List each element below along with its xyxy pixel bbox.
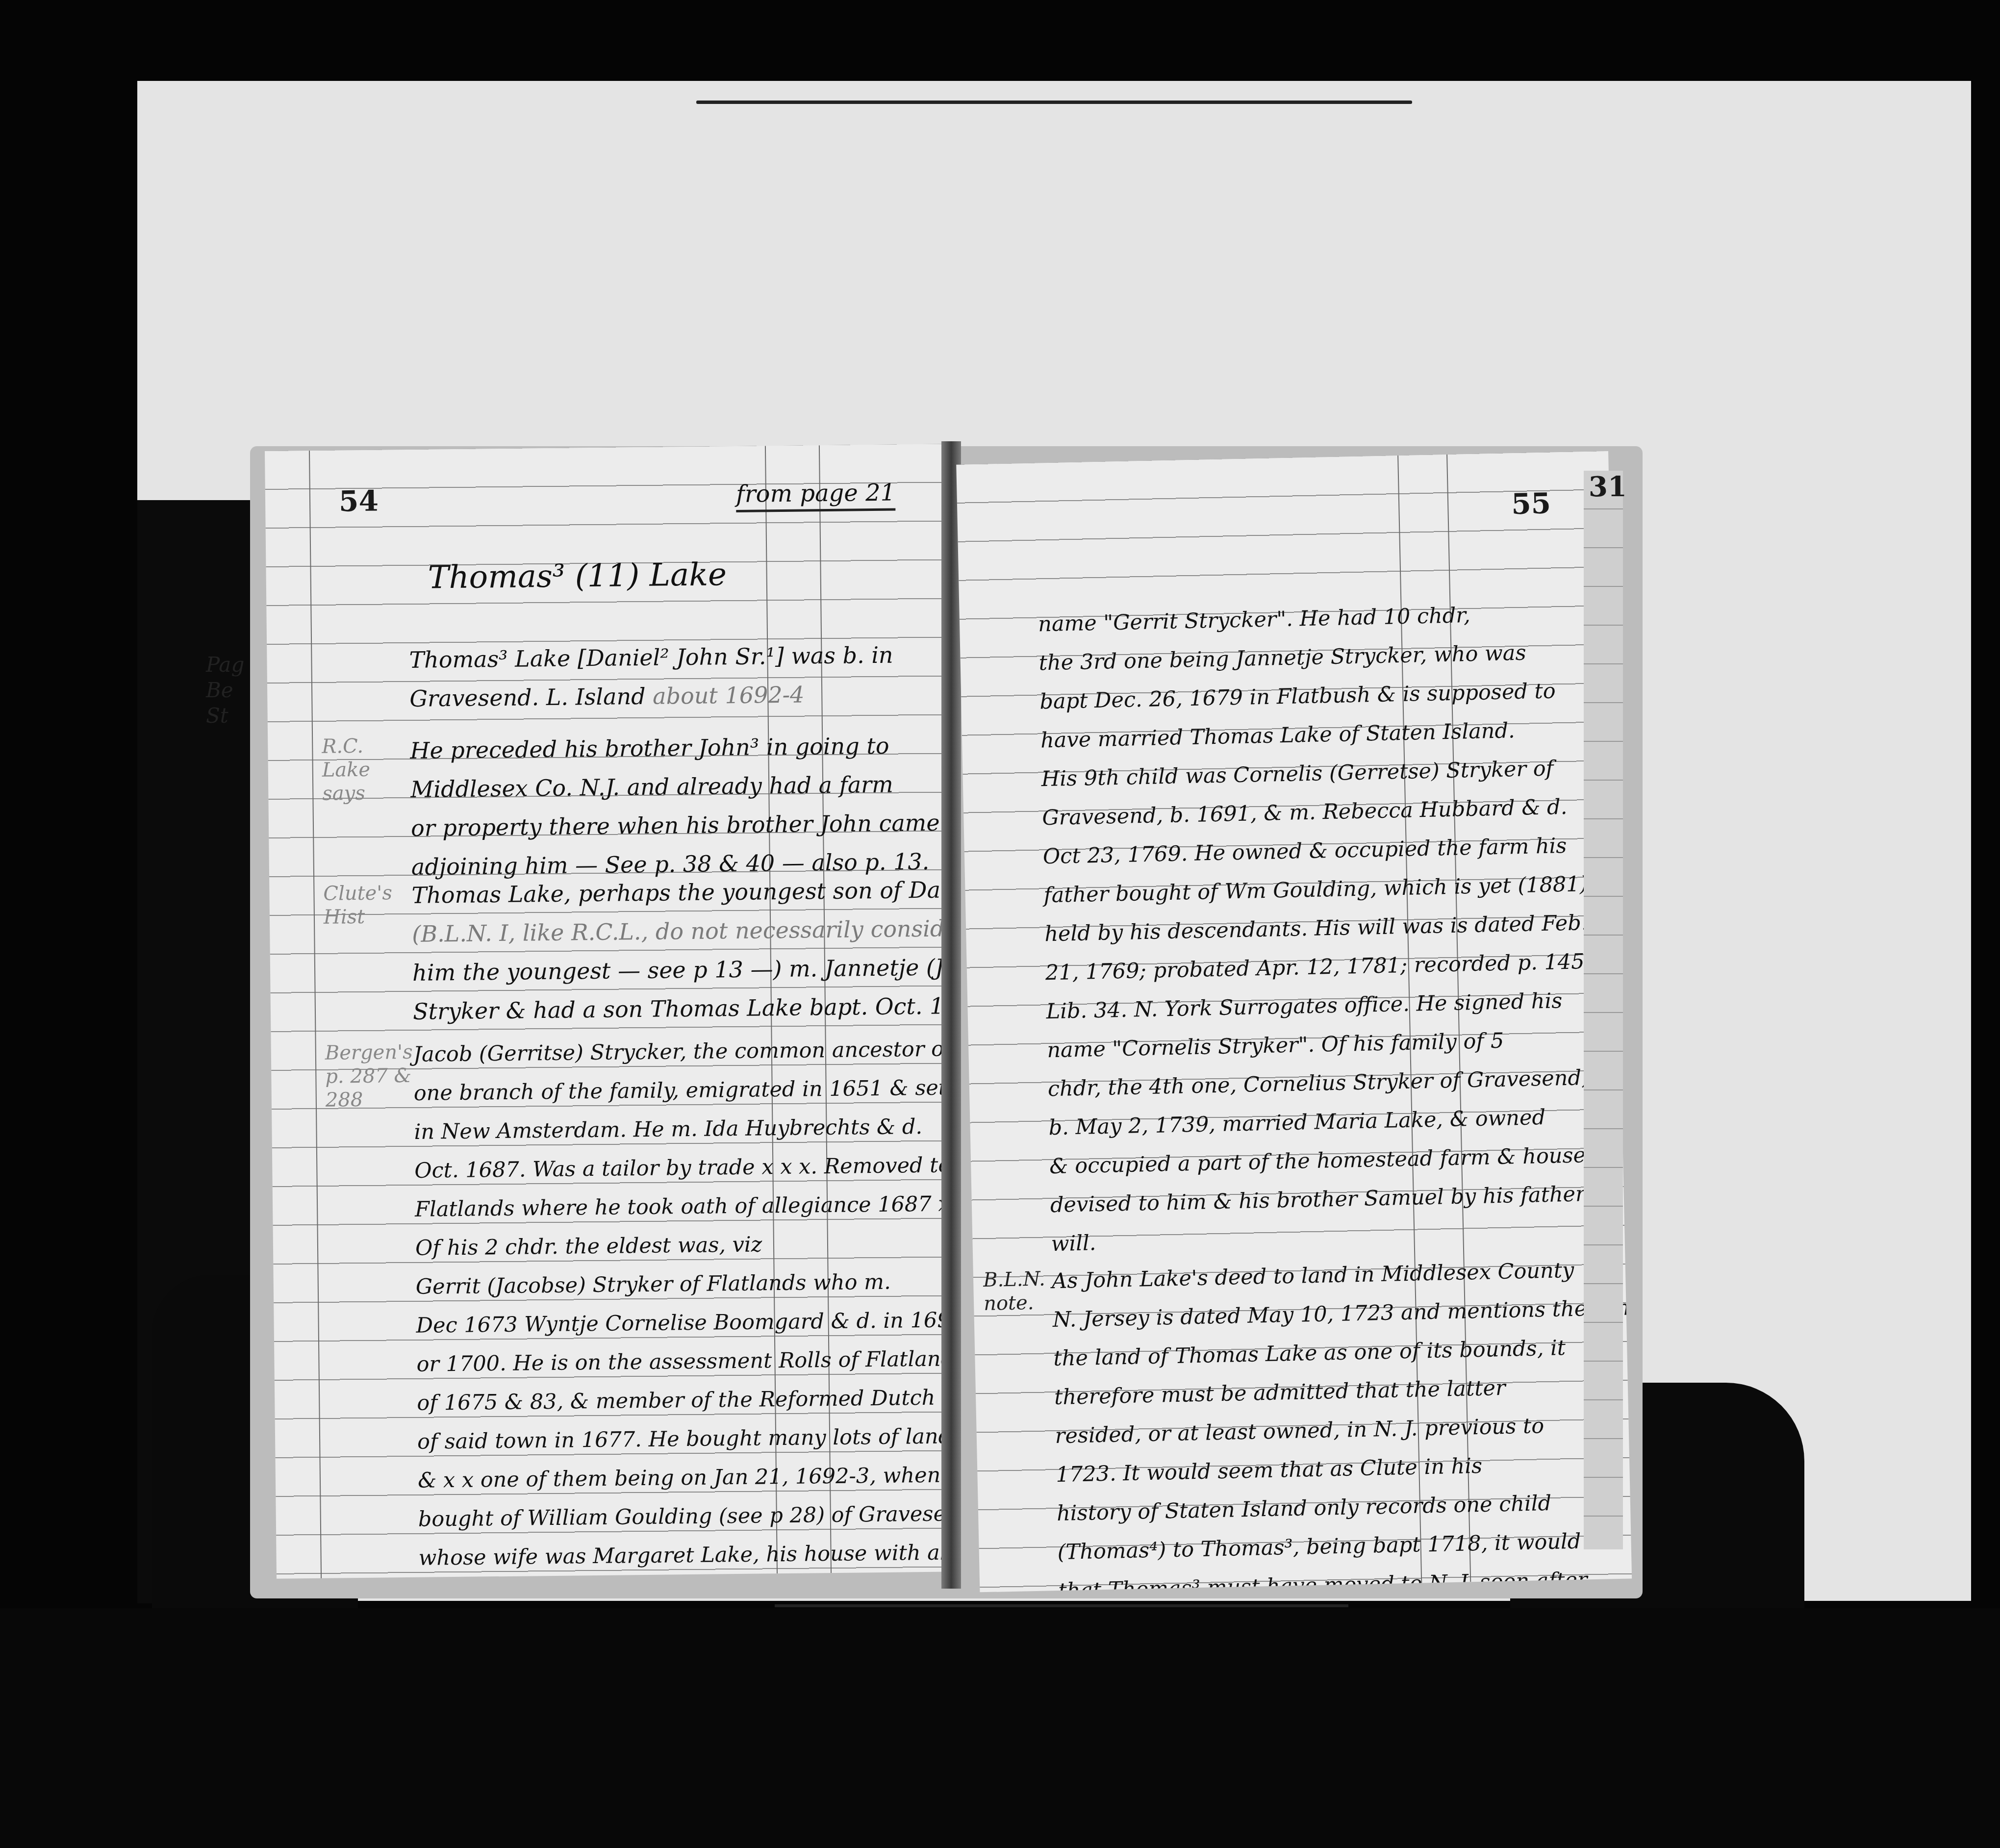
text-line: Stryker & had a son Thomas Lake bapt. Oc…	[413, 986, 958, 1031]
paragraph-strycker-family: name "Gerrit Strycker". He had 10 chdr, …	[1038, 594, 1603, 1264]
text-line: Thomas³ Lake [Daniel² John Sr.¹] was b. …	[409, 636, 893, 680]
page-number-54: 54	[339, 484, 379, 518]
text-line: in New Amsterdam. He m. Ida Huybrechts &…	[414, 1107, 958, 1152]
bottom-shadow	[0, 1608, 2000, 1848]
text-line: bought of William Goulding (see p 28) of…	[418, 1494, 958, 1539]
open-notebook: 54 from page 21 Thomas³ (11) Lake Thomas…	[235, 431, 1657, 1598]
text-line: or property there when his brother John …	[411, 802, 958, 848]
text-line: He preceded his brother John³ in going t…	[410, 725, 958, 770]
text-line: Gerrit (Jacobse) Stryker of Flatlands wh…	[415, 1262, 958, 1307]
backdrop-pencil-mark	[696, 101, 1412, 104]
text-line: Flatlands where he took oath of allegian…	[415, 1184, 958, 1229]
entry-title: Thomas³ (11) Lake	[428, 557, 727, 596]
text-line-faint: (B.L.N. I, like R.C.L., do not necessari…	[412, 909, 958, 954]
text-line: of said town in 1677. He bought many lot…	[417, 1417, 958, 1462]
text-line: Oct. 1687. Was a tailor by trade x x x. …	[414, 1145, 958, 1190]
page-number-55: 55	[1511, 486, 1551, 521]
text-line: one branch of the family, emigrated in 1…	[413, 1068, 958, 1113]
right-page: 55 name "Gerrit Strycker". He had 10 chd…	[956, 451, 1632, 1592]
text-line: of 1675 & 83, & member of the Reformed D…	[417, 1378, 958, 1423]
text-line: & x x one of them being on Jan 21, 1692-…	[418, 1455, 958, 1500]
paragraph-clutes: Thomas Lake, perhaps the youngest son of…	[411, 870, 958, 1031]
text-line: him the youngest — see p 13 —) m. Jannet…	[412, 947, 958, 992]
paragraph-bln-note: As John Lake's deed to land in Middlesex…	[1051, 1250, 1632, 1592]
backdrop-bottom-mark	[775, 1604, 1348, 1607]
cross-reference: from page 21	[736, 479, 896, 512]
text-line: Jacob (Gerritse) Strycker, the common an…	[413, 1029, 958, 1074]
text-line: Middlesex Co. N.J. and already had a far…	[410, 763, 958, 809]
paragraph-rc-lake: He preceded his brother John³ in going t…	[410, 725, 958, 886]
text-line: Thomas Lake, perhaps the youngest son of…	[411, 870, 958, 915]
left-page: 54 from page 21 Thomas³ (11) Lake Thomas…	[265, 444, 958, 1578]
adjacent-page-number: 31	[1589, 471, 1627, 503]
text-line: or 1700. He is on the assessment Rolls o…	[416, 1339, 958, 1384]
faint-annotation: about 1692-4	[653, 682, 805, 709]
text-line: Of his 2 chdr. the eldest was, viz	[415, 1223, 958, 1268]
margin-note-rc-lake: R.C. Lake says	[322, 734, 405, 806]
text-line: whose wife was Margaret Lake, his house …	[418, 1533, 958, 1578]
margin-note-bln: B.L.N. note.	[983, 1267, 1048, 1316]
text-line: Dec 1673 Wyntje Cornelise Boomgard & d. …	[416, 1300, 958, 1345]
text-line: Gravesend. L. Island about 1692-4	[409, 675, 894, 718]
adjacent-page-edge	[1584, 471, 1623, 1549]
paragraph-bergens: Jacob (Gerritse) Strycker, the common an…	[413, 1029, 958, 1579]
margin-note-bergens: Bergen's p. 287 & 288	[325, 1040, 414, 1112]
page-edge-line	[309, 451, 322, 1578]
book-gutter	[941, 441, 961, 1589]
margin-note-clutes-hist: Clute's Hist	[323, 881, 417, 929]
paragraph-birth: Thomas³ Lake [Daniel² John Sr.¹] was b. …	[409, 636, 894, 718]
edge-margin-fragment: Pag Be St	[206, 652, 244, 729]
